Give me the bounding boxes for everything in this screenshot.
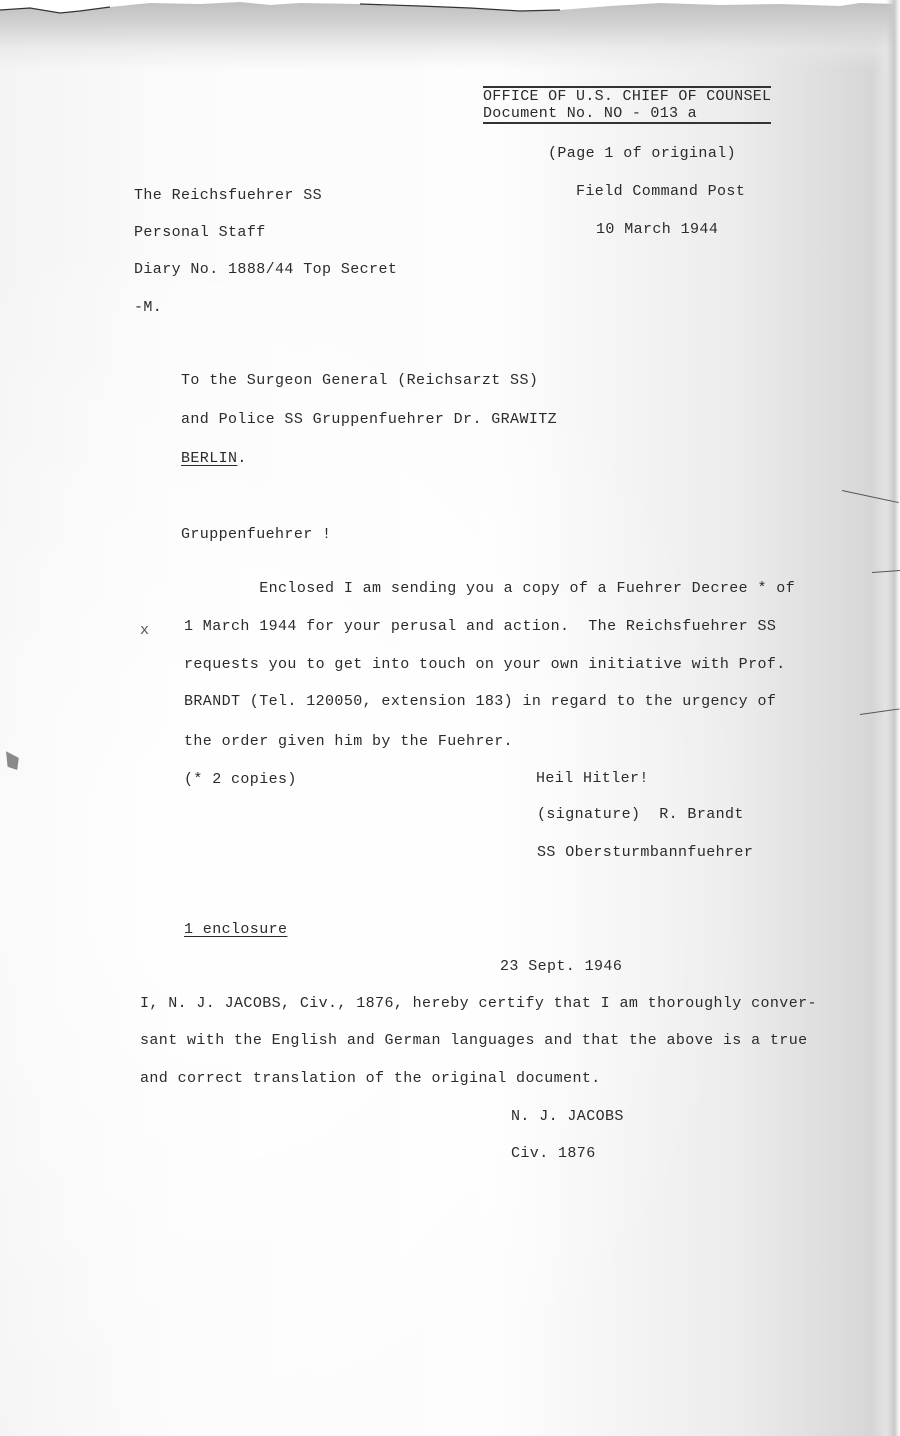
salutation: Gruppenfuehrer ! <box>181 526 331 544</box>
addressee-line-1: To the Surgeon General (Reichsarzt SS) <box>181 372 538 390</box>
closing-signature: (signature) R. Brandt <box>537 806 744 824</box>
translator-name: N. J. JACOBS <box>511 1108 624 1126</box>
letter-date: 10 March 1944 <box>596 221 718 239</box>
page-note: (Page 1 of original) <box>548 145 736 163</box>
sender-initial: -M. <box>134 299 162 317</box>
certification-line-3: and correct translation of the original … <box>140 1070 601 1088</box>
document-number: Document No. NO - 013 a <box>483 105 771 122</box>
place: Field Command Post <box>576 183 745 201</box>
closing-greeting: Heil Hitler! <box>536 770 649 788</box>
body-line-5: the order given him by the Fuehrer. <box>184 733 513 751</box>
addressee-city-suffix: . <box>237 450 246 467</box>
sender-line-2: Personal Staff <box>134 224 266 242</box>
certification-line-1: I, N. J. JACOBS, Civ., 1876, hereby cert… <box>140 995 817 1013</box>
right-edge-shadow <box>886 0 900 1436</box>
certification-line-2: sant with the English and German languag… <box>140 1032 808 1050</box>
body-line-3: requests you to get into touch on your o… <box>184 656 786 674</box>
sender-diary-no: Diary No. 1888/44 Top Secret <box>134 261 397 279</box>
translator-civ-no: Civ. 1876 <box>511 1145 596 1163</box>
staple-mark <box>6 748 22 770</box>
torn-top-edge <box>0 0 900 20</box>
addressee-line-2: and Police SS Gruppenfuehrer Dr. GRAWITZ <box>181 411 557 429</box>
body-line-2: 1 March 1944 for your perusal and action… <box>184 618 776 636</box>
certification-date: 23 Sept. 1946 <box>500 958 622 976</box>
enclosure-note: 1 enclosure <box>184 921 287 939</box>
footnote: (* 2 copies) <box>184 771 297 789</box>
counsel-stamp: OFFICE OF U.S. CHIEF OF COUNSEL Document… <box>483 86 771 124</box>
stamp-bottom-rule <box>483 122 771 124</box>
margin-mark: x <box>140 622 149 640</box>
sender-line-1: The Reichsfuehrer SS <box>134 187 322 205</box>
body-line-4: BRANDT (Tel. 120050, extension 183) in r… <box>184 693 776 711</box>
scanned-page <box>0 0 900 1436</box>
office-label: OFFICE OF U.S. CHIEF OF COUNSEL <box>483 88 771 105</box>
addressee-city: BERLIN <box>181 450 237 467</box>
closing-rank: SS Obersturmbannfuehrer <box>537 844 753 862</box>
addressee-city-line: BERLIN. <box>181 450 247 468</box>
body-line-1: Enclosed I am sending you a copy of a Fu… <box>184 580 795 598</box>
